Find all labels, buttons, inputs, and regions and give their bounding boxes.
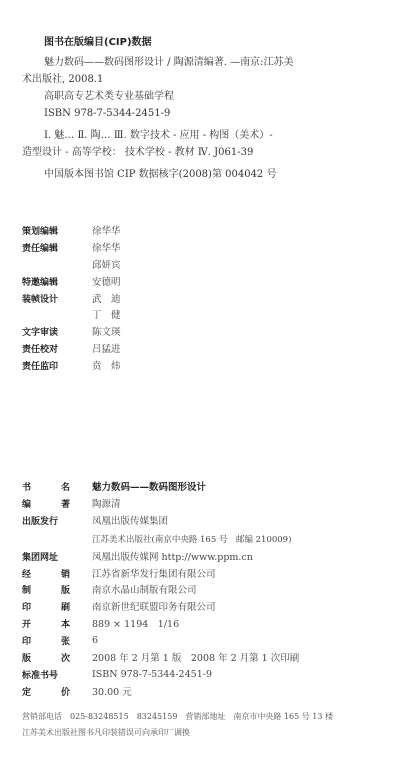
pub-label-b: 名 [61,480,70,493]
pub-row-price: 定价 30.00 元 [22,683,132,699]
pub-label-b: 价 [61,685,70,698]
pub-row-title: 书名 魅力数码——数码图形设计 [22,478,206,494]
pub-row-sheets: 印张 6 [22,632,98,648]
pub-label-a: 制 [22,583,31,596]
pub-value: 2008 年 2 月第 1 版 2008 年 2 月第 1 次印刷 [92,650,299,664]
pub-label: 印刷 [22,600,70,613]
credit-value: 丁 健 [92,307,121,321]
credit-value: 武 迪 [92,291,121,305]
footer-contact: 营销部电话 025-83248515 83245159 营销部地址 南京市中央路… [22,711,333,722]
credit-value: 徐华华 [92,223,121,237]
cip-subject-line-1: Ⅰ. 魅… Ⅱ. 陶… Ⅲ. 数字技术 - 应用 - 构图（美术）- [44,127,273,144]
pub-label-b: 刷 [61,600,70,613]
credit-row: 责任编辑 徐华华 [22,239,121,255]
pub-label: 印张 [22,634,70,647]
pub-label-b: 著 [61,497,70,510]
pub-value: 江苏省新华发行集团有限公司 [92,566,216,580]
credit-label: 策划编辑 [22,224,70,237]
pub-label: 定价 [22,685,70,698]
credit-value: 安德明 [92,274,121,288]
pub-row-website: 集团网址 凤凰出版传媒网 http://www.ppm.cn [22,548,253,564]
pub-value: 6 [92,635,98,646]
pub-value: ISBN 978-7-5344-2451-9 [92,669,212,680]
pub-row-format: 开本 889 × 1194 1/16 [22,615,179,631]
credit-value: 贲 炜 [92,358,121,372]
pub-label: 集团网址 [22,550,70,563]
cip-isbn: ISBN 978-7-5344-2451-9 [44,105,170,122]
pub-label: 书名 [22,480,70,493]
pub-value: 凤凰出版传媒网 http://www.ppm.cn [92,549,253,563]
cip-series: 高职高专艺术类专业基础学程 [44,88,174,105]
pub-label: 标准书号 [22,668,70,681]
credit-label: 文字审读 [22,325,70,338]
pub-row-distributor: 经销 江苏省新华发行集团有限公司 [22,565,216,581]
credit-row: 策划编辑 徐华华 [22,222,121,238]
pub-label-a: 定 [22,685,31,698]
pub-label: 开本 [22,617,70,630]
pub-value: 889 × 1194 1/16 [92,616,179,630]
pub-label: 版次 [22,651,70,664]
pub-label: 出版发行 [22,514,70,527]
pub-label-a: 出版发行 [22,514,58,527]
pub-label-b: 张 [61,634,70,647]
pub-value: 凤凰出版传媒集团 [92,513,168,527]
cip-subject-line-2: 造型设计 - 高等学校： 技术学校 - 教材 Ⅳ. J061-39 [22,144,253,161]
cip-library-number: 中国版本图书馆 CIP 数据核字(2008)第 004042 号 [44,166,276,183]
pub-value: 30.00 元 [92,684,132,698]
pub-value: 魅力数码——数码图形设计 [92,479,206,493]
pub-label: 编著 [22,497,70,510]
credit-row: 文字审读 陈文瑛 [22,323,121,339]
pub-label-b: 销 [61,567,70,580]
pub-label-a: 集团网址 [22,550,58,563]
pub-label-b: 版 [61,583,70,596]
pub-label-a: 印 [22,634,31,647]
pub-label-a: 编 [22,497,31,510]
pub-label-b: 本 [61,617,70,630]
credit-label: 特邀编辑 [22,275,70,288]
pub-label-a: 书 [22,480,31,493]
pub-label-a: 经 [22,567,31,580]
footer-notice: 江苏美术出版社图书凡印装错误可向承印厂调换 [22,727,190,738]
credit-row: 邱妍宾 [22,256,121,272]
credit-row: 特邀编辑 安德明 [22,273,121,289]
pub-value: 江苏美术出版社(南京中央路 165 号 邮编 210009) [92,533,291,545]
credit-row: 装帧设计 武 迪 [22,290,121,306]
pub-value: 南京水晶山制版有限公司 [92,582,197,596]
pub-row-edition: 版次 2008 年 2 月第 1 版 2008 年 2 月第 1 次印刷 [22,649,299,665]
pub-label: 制版 [22,583,70,596]
credit-label: 责任监印 [22,359,70,372]
pub-row-publisher-address: 江苏美术出版社(南京中央路 165 号 邮编 210009) [22,531,291,547]
pub-row-author: 编著 陶源清 [22,495,121,511]
credit-value: 陈文瑛 [92,324,121,338]
credit-row: 丁 健 [22,306,121,322]
pub-label-a: 开 [22,617,31,630]
pub-row-isbn: 标准书号 ISBN 978-7-5344-2451-9 [22,666,212,682]
credit-row: 责任监印 贲 炜 [22,357,121,373]
credit-row: 责任校对 吕猛进 [22,340,121,356]
pub-row-printer: 印刷 南京新世纪联盟印务有限公司 [22,598,216,614]
cip-publisher-line: 术出版社, 2008.1 [22,71,103,88]
pub-label-a: 印 [22,600,31,613]
cip-heading: 图书在版编目(CIP)数据 [44,33,152,48]
pub-row-publisher: 出版发行 凤凰出版传媒集团 [22,512,168,528]
pub-label-a: 标准书号 [22,668,58,681]
credit-label: 责任校对 [22,342,70,355]
credit-value: 徐华华 [92,240,121,254]
credit-label: 装帧设计 [22,292,70,305]
pub-value: 陶源清 [92,496,121,510]
credit-value: 邱妍宾 [92,257,121,271]
credit-value: 吕猛进 [92,341,121,355]
pub-label-b: 次 [61,651,70,664]
pub-row-platemaking: 制版 南京水晶山制版有限公司 [22,581,197,597]
pub-value: 南京新世纪联盟印务有限公司 [92,599,216,613]
pub-label: 经销 [22,567,70,580]
cip-title-line: 魅力数码——数码图形设计 / 陶源清编著. —南京:江苏美 [44,54,293,71]
credit-label: 责任编辑 [22,241,70,254]
pub-label-a: 版 [22,651,31,664]
